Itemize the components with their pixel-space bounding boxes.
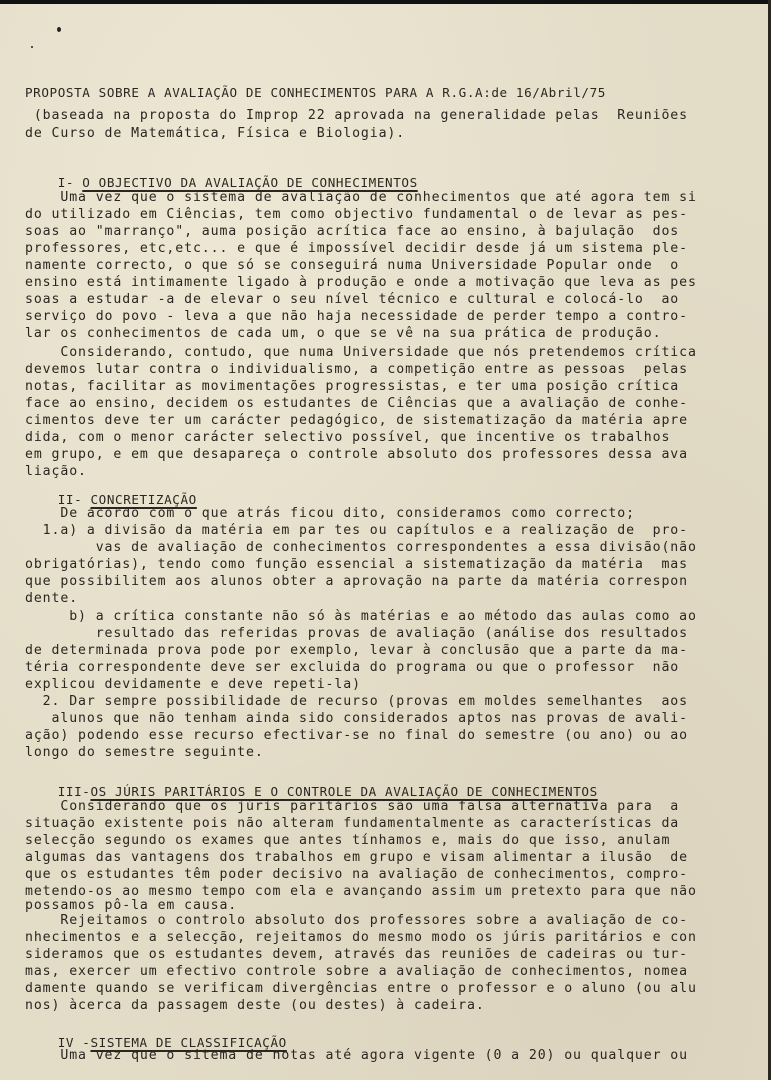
text-line: algumas das vantagens dos trabalhos em g… xyxy=(25,849,688,866)
text-line: 1.a) a divisão da matéria em par tes ou … xyxy=(25,522,688,539)
text-line: dida, com o menor carácter selectivo pos… xyxy=(25,429,670,446)
text-line: soas a estudar -a de elevar o seu nível … xyxy=(25,291,679,308)
text-line: nhecimentos e a selecção, rejeitamos do … xyxy=(25,929,697,946)
text-line: soas ao "marranço", auma posição acrític… xyxy=(25,223,679,240)
text-line: dente. xyxy=(25,590,78,607)
section-title: OS JÚRIS PARITÁRIOS E O CONTROLE DA AVAL… xyxy=(90,784,597,799)
text-line: vas de avaliação de conhecimentos corres… xyxy=(25,539,697,556)
text-line: notas, facilitar as movimentações progre… xyxy=(25,378,679,395)
section-number: III- xyxy=(58,784,91,799)
text-line: b) a crítica constante não só às matéria… xyxy=(25,608,697,625)
text-line: face ao ensino, decidem os estudantes de… xyxy=(25,395,688,412)
text-line: Uma vez que o sitema de notas até agora … xyxy=(25,1047,688,1064)
text-line: namente correcto, o que só se conseguirá… xyxy=(25,257,679,274)
text-line: selecção segundo os exames que antes tín… xyxy=(25,832,670,849)
text-line: Uma vez que o sistema de avaliação de co… xyxy=(25,189,697,206)
text-line: em grupo, e em que desapareça o controle… xyxy=(25,446,688,463)
text-line: explicou devidamente e deve repeti-la) xyxy=(25,676,361,693)
text-line: ação) podendo esse recurso efectivar-se … xyxy=(25,727,688,744)
subtitle-line: de Curso de Matemática, Física e Biologi… xyxy=(25,125,405,142)
section-number: I- xyxy=(58,175,83,190)
subtitle-line: (baseada na proposta do Improp 22 aprova… xyxy=(25,107,688,124)
text-line: nos) àcerca da passagem deste (ou destes… xyxy=(25,997,485,1014)
text-line: professores, etc,etc... e que é impossív… xyxy=(25,240,688,257)
text-line: téria correspondente deve ser excluida d… xyxy=(25,659,679,676)
text-line: obrigatórias), tendo como função essenci… xyxy=(25,556,688,573)
ink-speck xyxy=(31,46,33,48)
text-line: 2. Dar sempre possibilidade de recurso (… xyxy=(25,693,688,710)
text-line: lar os conhecimentos de cada um, o que s… xyxy=(25,325,661,342)
text-line: ensino está intimamente ligado à produçã… xyxy=(25,274,697,291)
text-line: sideramos que os estudantes devem, atrav… xyxy=(25,946,688,963)
text-line: cimentos deve ter um carácter pedagógico… xyxy=(25,412,688,429)
text-line: resultado das referidas provas de avalia… xyxy=(25,625,688,642)
text-line: Considerando que os júris paritários são… xyxy=(25,798,679,815)
section-title: O OBJECTIVO DA AVALIAÇÃO DE CONHECIMENTO… xyxy=(82,175,417,190)
text-line: Rejeitamos o controlo absoluto dos profe… xyxy=(25,912,688,929)
text-line: que os estudantes têm poder decisivo na … xyxy=(25,866,688,883)
text-line: devemos lutar contra o individualismo, a… xyxy=(25,361,688,378)
document-page: PROPOSTA SOBRE A AVALIAÇÃO DE CONHECIMEN… xyxy=(0,4,768,1080)
text-line: que possibilitem aos alunos obter a apro… xyxy=(25,573,688,590)
text-line: de determinada prova pode por exemplo, l… xyxy=(25,642,688,659)
text-line: do utilizado em Ciências, tem como objec… xyxy=(25,206,688,223)
text-line: De acordo com o que atrás ficou dito, co… xyxy=(25,505,635,522)
text-line: mas, exercer um efectivo controle sobre … xyxy=(25,963,688,980)
ink-speck xyxy=(57,27,61,32)
text-line: alunos que não tenham ainda sido conside… xyxy=(25,710,688,727)
text-line: Considerando, contudo, que numa Universi… xyxy=(25,344,697,361)
document-title: PROPOSTA SOBRE A AVALIAÇÃO DE CONHECIMEN… xyxy=(25,84,606,101)
text-line: longo do semestre seguinte. xyxy=(25,744,264,761)
text-line: serviço do povo - leva a que não haja ne… xyxy=(25,308,688,325)
text-line: damente quando se verificam divergências… xyxy=(25,980,697,997)
text-line: situação existente pois não alteram fund… xyxy=(25,815,679,832)
